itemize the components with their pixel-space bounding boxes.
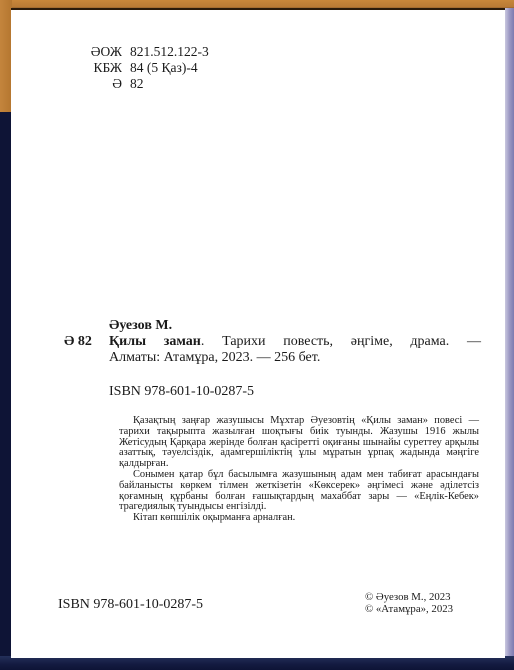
classification-value: 82 <box>130 76 144 92</box>
classification-row-bbk: КБЖ 84 (5 Қаз)-4 <box>72 60 209 76</box>
annotation-paragraph: Қазақтың заңғар жазушысы Мұхтар Әуезовті… <box>119 416 479 470</box>
classification-row-author-sign: Ә 82 <box>72 76 209 92</box>
isbn-footer: ISBN 978-601-10-0287-5 <box>58 597 203 613</box>
annotation-paragraph: Сонымен қатар бұл басылымға жазушының ад… <box>119 470 479 513</box>
author-name: Әуезов М. <box>109 318 172 334</box>
book-title: Қилы заман <box>109 334 201 349</box>
annotation-paragraph: Кітап көпшілік оқырманға арналған. <box>119 513 479 524</box>
classification-key: КБЖ <box>72 60 130 76</box>
publication-info: Алматы: Атамұра, 2023. — 256 бет. <box>109 350 320 365</box>
classification-row-udc: ӘОЖ 821.512.122-3 <box>72 44 209 60</box>
scan-frame-left <box>0 112 11 670</box>
classification-value: 84 (5 Қаз)-4 <box>130 60 198 76</box>
classification-block: ӘОЖ 821.512.122-3 КБЖ 84 (5 Қаз)-4 Ә 82 <box>72 44 209 92</box>
bibliographic-line-1: Қилы заман. Тарихи повесть, әңгіме, драм… <box>109 334 481 350</box>
copyright-author: © Әуезов М., 2023 <box>365 591 453 603</box>
isbn-catalog: ISBN 978-601-10-0287-5 <box>109 384 254 400</box>
copyright-block: © Әуезов М., 2023 © «Атамұра», 2023 <box>365 591 453 615</box>
book-imprint-page: ӘОЖ 821.512.122-3 КБЖ 84 (5 Қаз)-4 Ә 82 … <box>11 8 505 658</box>
classification-value: 821.512.122-3 <box>130 44 209 60</box>
scan-frame-right <box>505 8 514 660</box>
classification-key: Ә <box>72 76 130 92</box>
bibliographic-description: Қилы заман. Тарихи повесть, әңгіме, драм… <box>109 334 481 366</box>
book-subtitle: . Тарихи повесть, әңгіме, драма. — <box>201 334 481 349</box>
annotation: Қазақтың заңғар жазушысы Мұхтар Әуезовті… <box>119 416 479 524</box>
scan-frame-bottom <box>0 656 514 670</box>
copyright-publisher: © «Атамұра», 2023 <box>365 603 453 615</box>
classification-key: ӘОЖ <box>72 44 130 60</box>
author-index: Ә 82 <box>64 334 92 350</box>
